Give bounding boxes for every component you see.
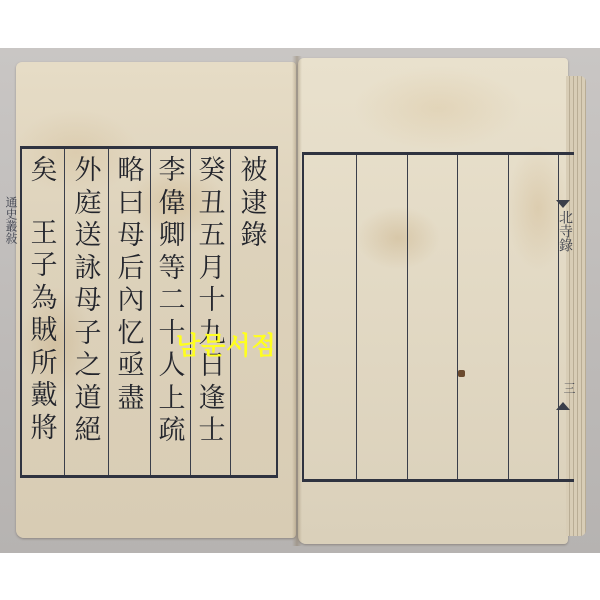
glyph: 戴 bbox=[31, 380, 58, 413]
glyph: 內 bbox=[118, 285, 145, 318]
glyph: 略 bbox=[118, 155, 145, 188]
text-column-4: 略曰母后內忆亟盡 bbox=[111, 155, 151, 415]
glyph: 逢 bbox=[199, 383, 226, 416]
glyph: 盡 bbox=[118, 383, 145, 416]
glyph: 詠 bbox=[75, 253, 102, 286]
glyph: 王 bbox=[31, 218, 58, 251]
glyph: 道 bbox=[75, 383, 102, 416]
glyph: 賊 bbox=[31, 315, 58, 348]
glyph: 等 bbox=[159, 253, 186, 286]
glyph: 外 bbox=[75, 155, 102, 188]
glyph: 庭 bbox=[75, 188, 102, 221]
right-text-frame bbox=[302, 152, 574, 482]
glyph: 月 bbox=[199, 253, 226, 286]
glyph: 母 bbox=[118, 220, 145, 253]
column-rule bbox=[64, 149, 65, 475]
glyph: 逮 bbox=[241, 188, 268, 221]
text-column-5: 外庭送詠母子之道絕 bbox=[68, 155, 108, 448]
glyph: 癸 bbox=[199, 155, 226, 188]
glyph: 忆 bbox=[118, 318, 145, 351]
column-rule bbox=[457, 155, 458, 479]
glyph: 母 bbox=[75, 285, 102, 318]
column-rule bbox=[407, 155, 408, 479]
glyph: 曰 bbox=[118, 188, 145, 221]
glyph: 為 bbox=[31, 283, 58, 316]
text-column-3: 李偉卿等二十人上疏 bbox=[152, 155, 192, 448]
glyph: 被 bbox=[241, 155, 268, 188]
glyph: 丑 bbox=[199, 188, 226, 221]
page-number: 三 bbox=[562, 382, 576, 394]
left-text-frame: 被逮錄 癸丑五月十九日逢士 李偉卿等二十人上疏 略曰母后內忆亟盡 外庭送詠母子之… bbox=[20, 146, 278, 478]
glyph: 偉 bbox=[159, 188, 186, 221]
glyph: 士 bbox=[199, 415, 226, 448]
glyph: 矣 bbox=[31, 155, 58, 188]
glyph: 子 bbox=[75, 318, 102, 351]
glyph: 錄 bbox=[241, 220, 268, 253]
fish-tail-ornament-bottom bbox=[556, 402, 570, 410]
glyph: 卿 bbox=[159, 220, 186, 253]
glyph: 之 bbox=[75, 350, 102, 383]
glyph: 所 bbox=[31, 348, 58, 381]
book-gutter bbox=[292, 56, 302, 546]
glyph: 五 bbox=[199, 220, 226, 253]
text-column-6: 矣王子為賊所戴將 bbox=[24, 155, 64, 445]
glyph: 十 bbox=[199, 285, 226, 318]
glyph: 子 bbox=[31, 250, 58, 283]
fish-tail-ornament-top bbox=[556, 200, 570, 208]
glyph: 二 bbox=[159, 285, 186, 318]
stain-mark bbox=[458, 370, 465, 377]
text-column-1: 被逮錄 bbox=[234, 155, 274, 253]
column-rule bbox=[508, 155, 509, 479]
text-column-2: 癸丑五月十九日逢士 bbox=[192, 155, 232, 448]
column-rule bbox=[356, 155, 357, 479]
glyph: 后 bbox=[118, 253, 145, 286]
glyph: 將 bbox=[31, 413, 58, 446]
glyph: 送 bbox=[75, 220, 102, 253]
column-rule bbox=[108, 149, 109, 475]
glyph: 疏 bbox=[159, 415, 186, 448]
watermark: 남문서점 bbox=[176, 326, 277, 362]
right-margin-label: 北寺錄 bbox=[558, 210, 572, 252]
glyph: 上 bbox=[159, 383, 186, 416]
glyph: 李 bbox=[159, 155, 186, 188]
glyph: 絕 bbox=[75, 415, 102, 448]
glyph: 亟 bbox=[118, 350, 145, 383]
left-margin-label: 通史叢敍 bbox=[4, 196, 18, 244]
